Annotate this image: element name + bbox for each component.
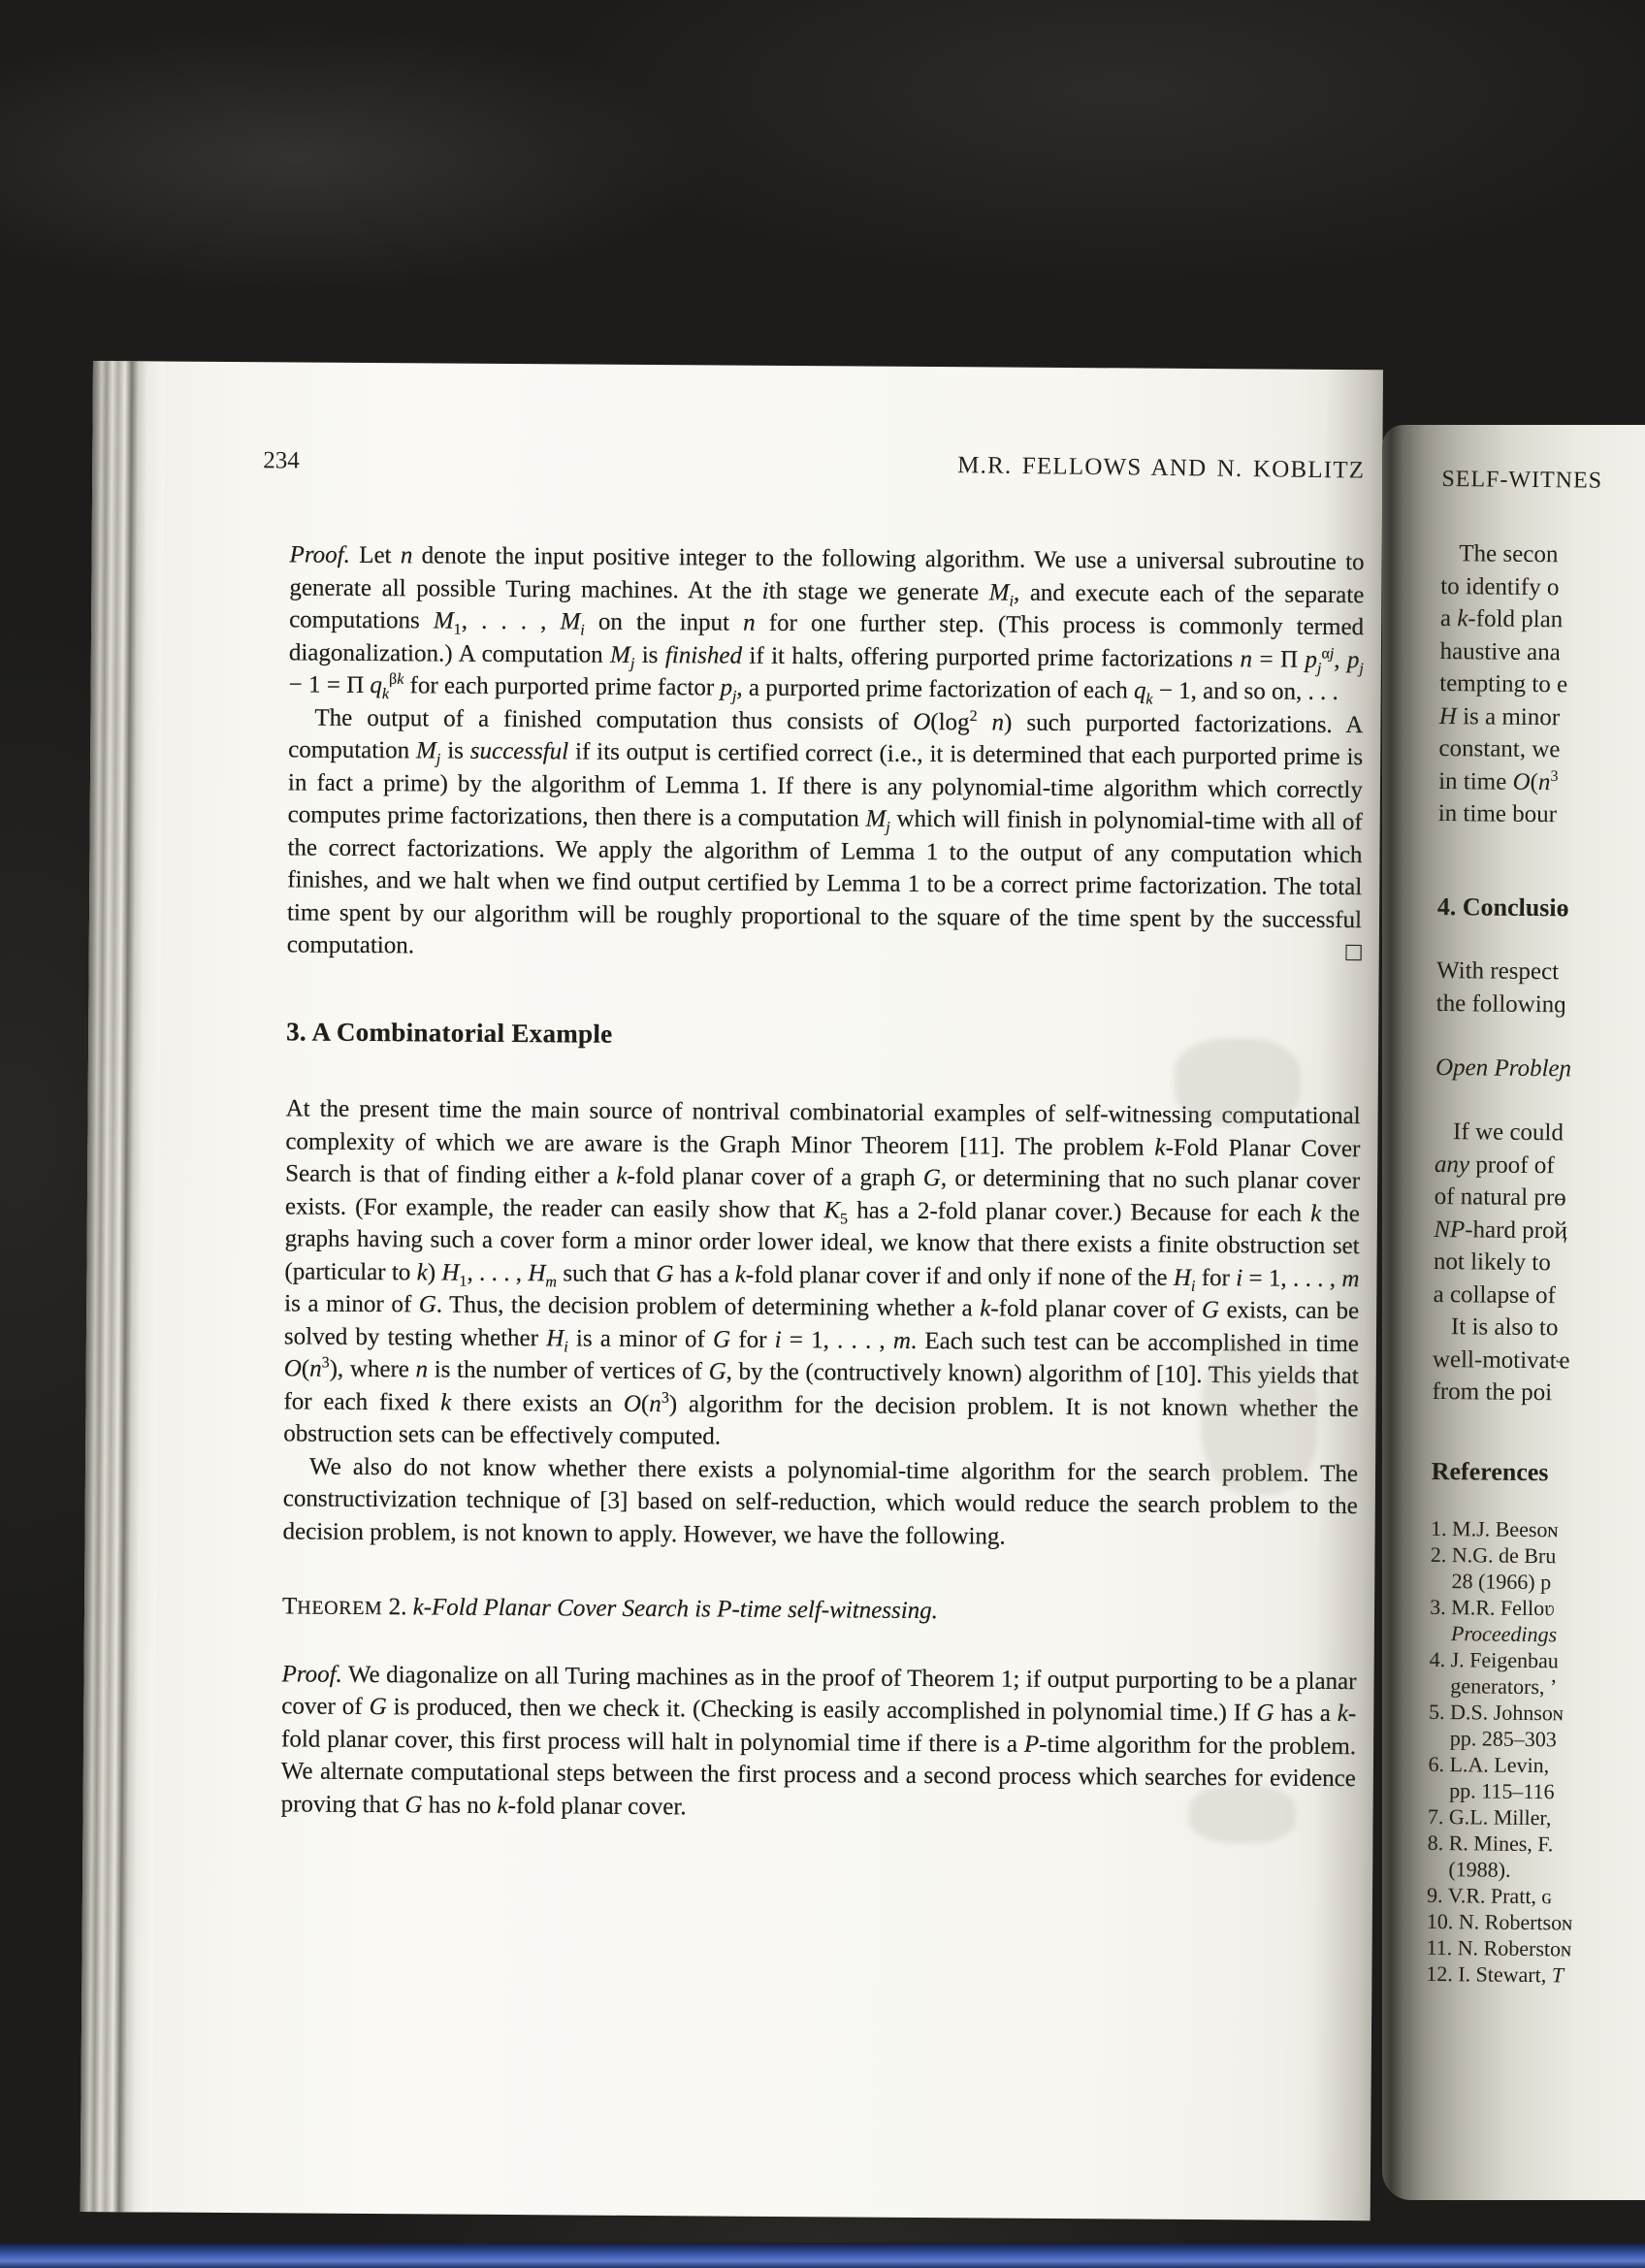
right-page-text-line: tempting to e xyxy=(1439,667,1567,701)
right-page-text-line: The secon xyxy=(1440,537,1568,571)
reference-item: 9. V.R. Pratt, ɢ xyxy=(1427,1882,1573,1910)
paragraph-search-problem: We also do not know whether there exists… xyxy=(282,1450,1358,1555)
reference-item: 11. N. Roberstoɴ xyxy=(1426,1934,1572,1962)
open-problem-label: Open Probleɲ xyxy=(1435,1052,1571,1085)
references-list: 1. M.J. Beesoɴ2. N.G. de Bru 28 (1966) p… xyxy=(1426,1515,1576,1989)
right-page-text-line: well-motivatҽ xyxy=(1433,1343,1570,1377)
page-number: 234 xyxy=(263,447,300,474)
bleed-through-smudge xyxy=(1188,1785,1295,1844)
right-page-text-line: the followinɡ xyxy=(1436,987,1566,1021)
right-page-paragraph-fragments: The seconto identify oa k-fold planhaust… xyxy=(1438,537,1569,831)
reference-item: pp. 285–303 xyxy=(1429,1725,1575,1753)
reference-item: 12. I. Stewart, T xyxy=(1426,1960,1572,1989)
scanned-book-spread: 234 M.R. FELLOWS AND N. KOBLITZ Proof. L… xyxy=(0,0,1645,2268)
reference-item: (1988). xyxy=(1427,1856,1573,1884)
section-heading-conclusion: 4. Conclusiɵ xyxy=(1437,891,1569,924)
right-page-text-line: a k-fold plan xyxy=(1440,602,1568,636)
right-page-text-line: from the poi xyxy=(1432,1376,1569,1409)
right-running-header: SELF-WITNES xyxy=(1441,464,1602,498)
right-page-paragraph-fragments: If we coulԁany proof ofof natural prɵNP-… xyxy=(1432,1116,1572,1409)
proof-paragraph-theorem1: Proof. Let n denote the input positive i… xyxy=(289,538,1365,708)
right-page-text-line: in time O(n3 xyxy=(1438,764,1566,798)
reference-item: 4. J. Feigenbau xyxy=(1430,1646,1576,1674)
book-page-right-sliver: SELF-WITNES The seconto identify oa k-fo… xyxy=(1382,425,1645,2200)
reference-item: 3. M.R. Felloʋ xyxy=(1430,1594,1576,1622)
right-page-paragraph-fragments: With respectthe followinɡ xyxy=(1436,955,1567,1021)
right-page-text-line: NP-hard proҋ xyxy=(1434,1213,1571,1247)
right-page-text-line: constant, we xyxy=(1438,732,1566,766)
right-page-text-line: If we coulԁ xyxy=(1435,1116,1572,1150)
bleed-through-smudge xyxy=(1175,1038,1302,1126)
reference-item: 2. N.G. de Bru xyxy=(1431,1541,1577,1570)
book-page-left: 234 M.R. FELLOWS AND N. KOBLITZ Proof. L… xyxy=(81,361,1383,2220)
right-page-text-line: any proof of xyxy=(1435,1148,1572,1182)
right-page-text-line: to identify o xyxy=(1440,569,1568,603)
right-page-text-line: H is a minor xyxy=(1439,699,1567,733)
right-page-text-line: of natural prɵ xyxy=(1434,1181,1571,1215)
right-page-text-line: haustive ana xyxy=(1439,634,1567,668)
theorem-2-statement: THEOREM 2. k-Fold Planar Cover Search is… xyxy=(282,1590,1357,1632)
reference-item: Proceedings xyxy=(1430,1620,1576,1648)
reference-item: pp. 115–116 xyxy=(1428,1777,1574,1805)
paragraph-finished-computation: The output of a finished computation thu… xyxy=(287,701,1364,969)
bleed-through-smudge xyxy=(1201,1339,1318,1495)
reference-item: generators, ’ xyxy=(1429,1672,1575,1701)
references-heading: References xyxy=(1432,1455,1549,1489)
reference-item: 8. R. Mines, F. xyxy=(1428,1830,1574,1858)
right-page-text-line: With respect xyxy=(1436,955,1566,988)
right-page-content: SELF-WITNES The seconto identify oa k-fo… xyxy=(1442,425,1645,427)
right-page-text-line: in time bour xyxy=(1438,797,1566,831)
reference-item: 28 (1966) p xyxy=(1430,1568,1576,1596)
scanner-edge-blue-strip xyxy=(0,2243,1645,2268)
qed-box: □ xyxy=(1319,936,1362,969)
text-column: Proof. Let n denote the input positive i… xyxy=(281,538,1365,1828)
reference-item: 5. D.S. Johnsoɴ xyxy=(1429,1699,1575,1727)
right-page-text-line: It is also to xyxy=(1433,1311,1570,1345)
reference-item: 7. G.L. Miller, xyxy=(1428,1803,1574,1831)
reference-item: 6. L.A. Levin, xyxy=(1428,1751,1574,1779)
right-page-text-line: a collapse of xyxy=(1433,1278,1570,1312)
paragraph-graph-minor: At the present time the main source of n… xyxy=(283,1092,1361,1457)
reference-item: 1. M.J. Beesoɴ xyxy=(1431,1515,1577,1543)
right-page-text-line: not likely to xyxy=(1434,1246,1571,1280)
running-header: M.R. FELLOWS AND N. KOBLITZ xyxy=(577,447,1365,485)
page-edge-fan xyxy=(81,361,165,2212)
reference-item: 10. N. Robertsoɴ xyxy=(1427,1908,1573,1936)
